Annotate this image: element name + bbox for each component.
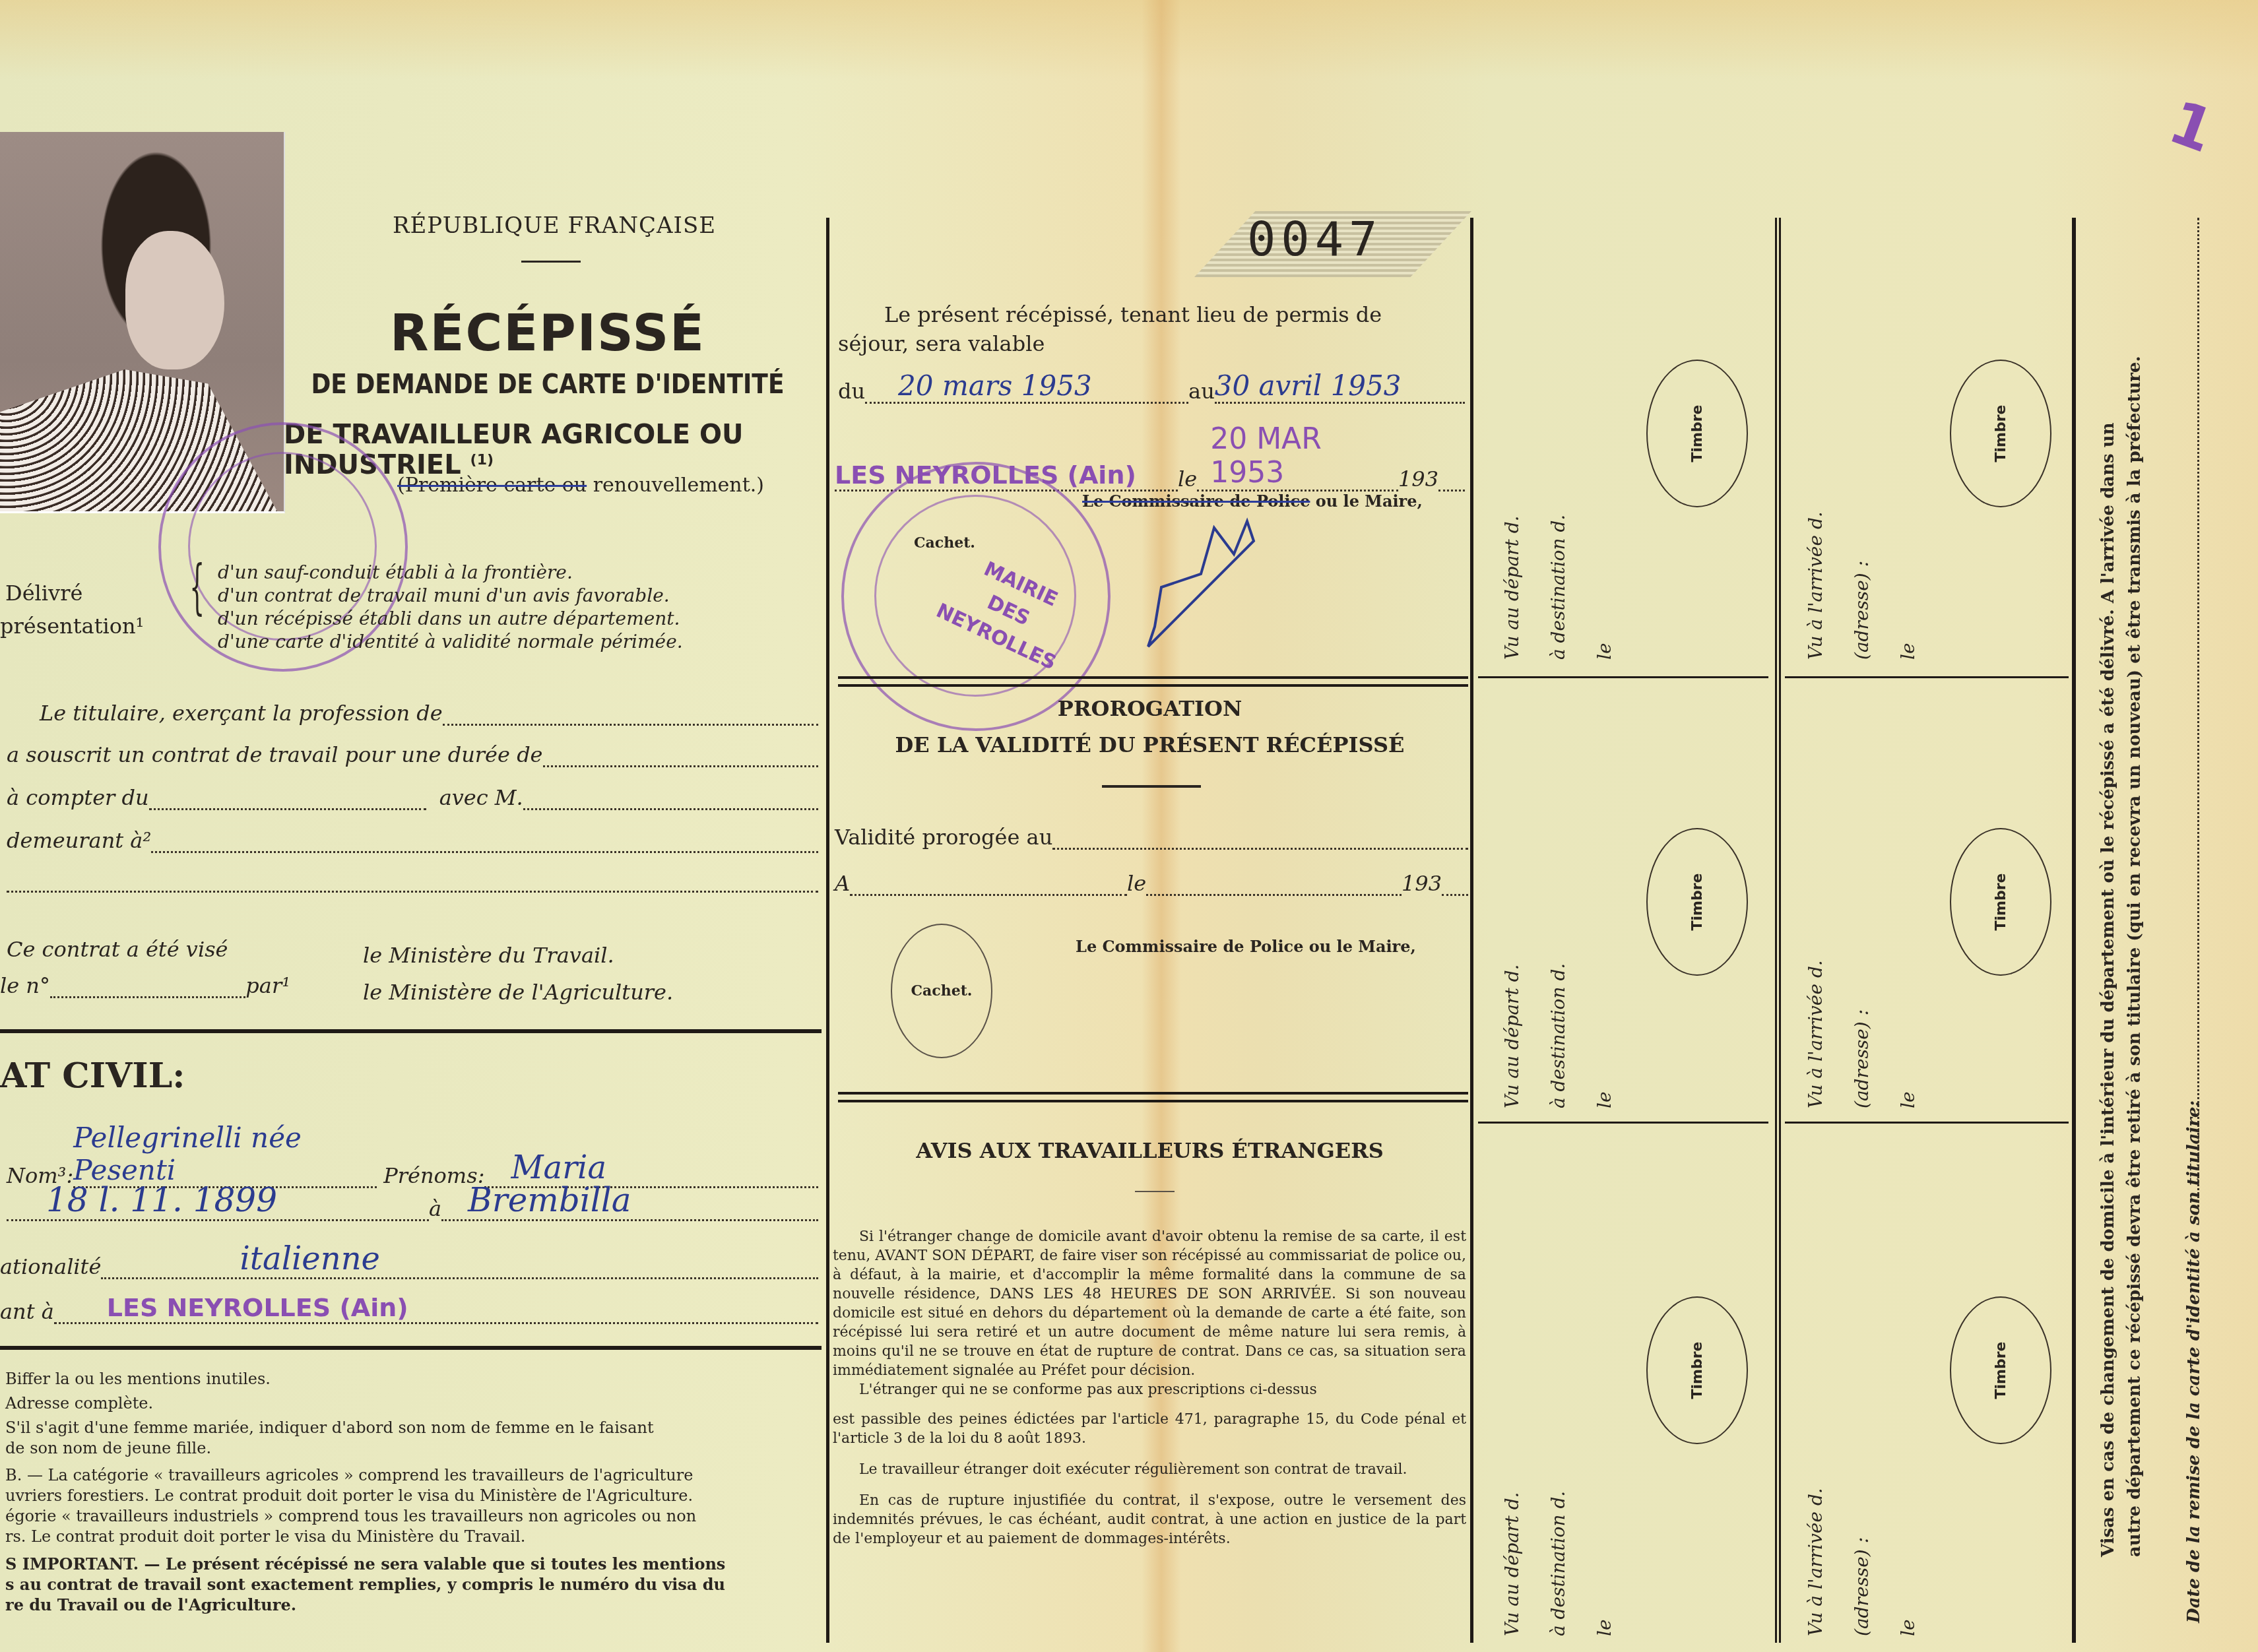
avis-title: AVIS AUX TRAVAILLEURS ÉTRANGERS	[831, 1138, 1468, 1163]
visa-arrival-3: Vu à l'arrivée d.	[1805, 1488, 1826, 1636]
visa-address-2: (adresse) :	[1851, 1009, 1873, 1108]
visa-no-label: le n°	[0, 973, 50, 998]
divider	[1135, 1191, 1175, 1192]
timbre-label: Timbre	[1993, 1342, 2009, 1399]
validity-text: Le présent récépissé, tenant lieu de per…	[838, 300, 1465, 358]
delivery-option: d'un récépissé établi dans un autre dépa…	[218, 607, 683, 630]
visa-arrival-date-3: le	[1897, 1619, 1919, 1636]
visa-arrival-date-2: le	[1897, 1091, 1919, 1108]
visa-destination-1: à destination d.	[1547, 515, 1569, 660]
visa-note-line1: Visas en cas de changement de domicile à…	[2098, 422, 2118, 1557]
visa-number-field: le n°par¹	[0, 973, 290, 998]
start-label: à compter du	[7, 785, 149, 810]
visa-date-1: le	[1594, 643, 1615, 660]
double-rule	[838, 684, 1468, 687]
validity-dates: du 20 mars 1953 au 30 avril 1953	[838, 369, 1465, 404]
important-line: S IMPORTANT. — Le présent récépissé ne s…	[5, 1554, 823, 1574]
nb-line: B. — La catégorie « travailleurs agricol…	[5, 1465, 823, 1486]
delivery-date-input[interactable]	[2197, 218, 2199, 1207]
delivery-option: d'un contrat de travail muni d'un avis f…	[218, 584, 683, 607]
birth-field: 18 l. 11. 1899 à Brembilla	[7, 1181, 818, 1221]
visa-address-1: (adresse) :	[1851, 561, 1873, 660]
prorogation-signatory: Le Commissaire de Police ou le Maire,	[1076, 937, 1416, 956]
divider	[1102, 785, 1201, 788]
profession-field: Le titulaire, exerçant la profession de	[40, 701, 818, 726]
visa-intro: Ce contrat a été visé	[7, 937, 228, 962]
visa-arrival-date-1: le	[1897, 643, 1919, 660]
ministries: le Ministère du Travail. le Ministère de…	[363, 937, 673, 1011]
avis-paragraph: Si l'étranger change de domicile avant d…	[833, 1227, 1466, 1380]
birth-place-input[interactable]: Brembilla	[441, 1181, 818, 1221]
year-input[interactable]	[1438, 490, 1465, 492]
residence-input[interactable]: LES NEYROLLES (Ain)	[54, 1293, 818, 1324]
stamp-circle: Timbre	[1950, 360, 2051, 507]
place-label: A	[835, 871, 850, 896]
timbre-label: Timbre	[1689, 405, 1706, 462]
start-input[interactable]	[149, 785, 426, 810]
nationality-label: ationalité	[0, 1254, 101, 1279]
profession-input[interactable]	[443, 701, 818, 726]
photo-face	[125, 231, 224, 369]
column-border-left	[826, 218, 829, 1643]
visa-divider	[1779, 218, 1781, 1643]
avis-paragraph: En cas de rupture injustifiée du contrat…	[833, 1491, 1466, 1548]
date-label: le	[1127, 871, 1146, 896]
timbre-label: Timbre	[1993, 874, 2009, 931]
avis-body: Si l'étranger change de domicile avant d…	[833, 1227, 1466, 1548]
section-rule	[0, 1029, 822, 1033]
footnotes: Biffer la ou les mentions inutiles. Adre…	[5, 1369, 823, 1615]
footnote-ref: (1)	[470, 452, 494, 468]
duration-field: a souscrit un contrat de travail pour un…	[7, 742, 818, 767]
avis-paragraph: L'étranger qui ne se conforme pas aux pr…	[833, 1380, 1466, 1399]
visa-departure-1: Vu au départ d.	[1501, 516, 1523, 660]
extended-label: Validité prorogée au	[835, 825, 1052, 850]
cachet-circle: Cachet.	[891, 924, 992, 1058]
birth-place-label: à	[429, 1196, 441, 1221]
struck-first-card: (Première carte ou	[397, 474, 587, 497]
signature	[1135, 515, 1267, 660]
visa-divider	[1775, 218, 1777, 1643]
stamp-circle: Timbre	[1950, 1296, 2051, 1444]
stamp-circle: Timbre	[1646, 828, 1748, 976]
signatory-maire: ou le Maire,	[1316, 492, 1423, 511]
etat-civil-heading: AT CIVIL:	[0, 1056, 185, 1096]
visa-divider-thick	[2072, 218, 2076, 1643]
visa-note-line2: autre département ce récépissé devra êtr…	[2125, 356, 2145, 1557]
nationality-field: ationalité italienne	[0, 1240, 818, 1279]
validity-line1: Le présent récépissé, tenant lieu de per…	[838, 300, 1465, 329]
visa-row-rule	[1478, 676, 1768, 678]
extended-input[interactable]	[1052, 825, 1468, 850]
brace: {	[189, 557, 205, 617]
visa-row-rule	[1785, 676, 2069, 678]
nationality-input[interactable]: italienne	[101, 1240, 818, 1279]
delivery-option: d'une carte d'identité à validité normal…	[218, 630, 683, 653]
birth-date-input[interactable]: 18 l. 11. 1899	[7, 1181, 429, 1221]
to-date-input[interactable]: 30 avril 1953	[1215, 369, 1465, 404]
paper-stain	[0, 0, 2258, 79]
ministry-agriculture: le Ministère de l'Agriculture.	[363, 974, 673, 1011]
delivery-options: d'un sauf-conduit établi à la frontière.…	[218, 561, 683, 653]
residence-field: ant à LES NEYROLLES (Ain)	[0, 1293, 818, 1324]
footnote-1: Biffer la ou les mentions inutiles.	[5, 1369, 823, 1389]
card-type: (Première carte ou renouvellement.)	[350, 474, 812, 497]
visa-departure-3: Vu au départ d.	[1501, 1492, 1523, 1636]
renewal-label: renouvellement.)	[593, 474, 764, 497]
footnote-2: Adresse complète.	[5, 1393, 823, 1414]
visa-address-3: (adresse) :	[1851, 1537, 1873, 1636]
stamp-circle: Timbre	[1646, 1296, 1748, 1444]
name-input[interactable]: Pellegrinelli née Pesenti	[73, 1122, 377, 1188]
visa-destination-3: à destination d.	[1547, 1491, 1569, 1636]
residing-field: demeurant à²	[7, 828, 818, 853]
struck-commissaire: Le Commissaire de Police	[1082, 492, 1310, 511]
avis-paragraph: Le travailleur étranger doit exécuter ré…	[833, 1460, 1466, 1479]
date-input[interactable]	[1146, 871, 1402, 896]
residing-label: demeurant à²	[7, 828, 151, 853]
date-stamp: 20 MAR 1953	[1197, 422, 1398, 492]
validity-line2: séjour, sera valable	[838, 329, 1465, 358]
visa-arrival-2: Vu à l'arrivée d.	[1805, 960, 1826, 1108]
visa-row-rule	[1785, 1122, 2069, 1124]
signatory-line: Le Commissaire de Police ou le Maire,	[1082, 492, 1423, 511]
avis-paragraph: est passible des peines édictées par l'a…	[833, 1410, 1466, 1448]
visa-by-label: par¹	[245, 973, 290, 998]
employer-input[interactable]	[523, 785, 818, 810]
from-date-input[interactable]: 20 mars 1953	[865, 369, 1188, 404]
republic-label: RÉPUBLIQUE FRANÇAISE	[370, 212, 739, 239]
serial-number: 0047	[1247, 211, 1382, 267]
stamp-circle: Timbre	[1950, 828, 2051, 976]
delivery-option: d'un sauf-conduit établi à la frontière.	[218, 561, 683, 584]
double-rule	[838, 1092, 1468, 1095]
ministry-labour: le Ministère du Travail.	[363, 937, 673, 974]
duration-input[interactable]	[543, 742, 818, 767]
residing-input-line2[interactable]	[7, 884, 818, 893]
year-prefix: 193	[1402, 871, 1442, 896]
to-label: au	[1188, 379, 1215, 404]
prorogation-place-date: Ale193	[835, 871, 1468, 896]
presentation-label: présentation¹	[0, 614, 144, 639]
document-title: RÉCÉPISSÉ	[310, 303, 785, 362]
residing-input[interactable]	[151, 828, 818, 853]
name-field: Nom³: Pellegrinelli née Pesenti Prénoms:…	[7, 1122, 818, 1188]
nb-line: rs. Le contrat produit doit porter le vi…	[5, 1527, 823, 1547]
profession-label: Le titulaire, exerçant la profession de	[40, 701, 443, 726]
subtitle-line1: DE DEMANDE DE CARTE D'IDENTITÉ	[310, 369, 785, 400]
extended-field: Validité prorogée au	[835, 825, 1468, 850]
nb-line: égorie « travailleurs industriels » comp…	[5, 1506, 823, 1527]
prorogation-subtitle: DE LA VALIDITÉ DU PRÉSENT RÉCÉPISSÉ	[831, 732, 1468, 757]
footnote-3b: de son nom de jeune fille.	[5, 1438, 823, 1459]
divider	[521, 261, 581, 263]
stamp-circle: Timbre	[1646, 360, 1748, 507]
footnote-3: S'il s'agit d'une femme mariée, indiquer…	[5, 1418, 823, 1438]
visa-no-input[interactable]	[50, 973, 245, 998]
important-line: re du Travail ou de l'Agriculture.	[5, 1595, 823, 1615]
year-input[interactable]	[1442, 871, 1468, 896]
important-line: s au contrat de travail sont exactement …	[5, 1574, 823, 1595]
double-rule	[838, 1100, 1468, 1102]
cachet-label: Cachet.	[914, 534, 975, 552]
delivery-date-label: Date de la remise de la carte d'identité…	[2184, 1100, 2204, 1623]
timbre-label: Timbre	[1993, 405, 2009, 462]
column-border-right	[1470, 218, 1473, 1643]
cachet-label: Cachet.	[911, 982, 973, 1000]
duration-label: a souscrit un contrat de travail pour un…	[7, 742, 543, 767]
residence-label: ant à	[0, 1299, 54, 1324]
timbre-label: Timbre	[1689, 1342, 1706, 1399]
double-rule	[838, 676, 1468, 679]
visa-arrival-1: Vu à l'arrivée d.	[1805, 511, 1826, 660]
visa-departure-2: Vu au départ d.	[1501, 965, 1523, 1108]
date-label: le	[1178, 466, 1197, 492]
year-prefix: 193	[1398, 466, 1438, 492]
nb-line: uvriers forestiers. Le contrat produit d…	[5, 1486, 823, 1506]
visa-destination-2: à destination d.	[1547, 963, 1569, 1108]
place-input[interactable]	[850, 871, 1127, 896]
section-rule	[0, 1346, 822, 1350]
start-field: à compter duavec M.	[7, 785, 818, 810]
from-label: du	[838, 379, 865, 404]
prorogation-title: PROROGATION	[831, 696, 1468, 721]
employer-label: avec M.	[439, 785, 523, 810]
timbre-label: Timbre	[1689, 874, 1706, 931]
visa-date-2: le	[1594, 1091, 1615, 1108]
delivered-label: Délivré	[5, 581, 82, 606]
visa-row-rule	[1478, 1122, 1768, 1124]
visa-date-3: le	[1594, 1619, 1615, 1636]
